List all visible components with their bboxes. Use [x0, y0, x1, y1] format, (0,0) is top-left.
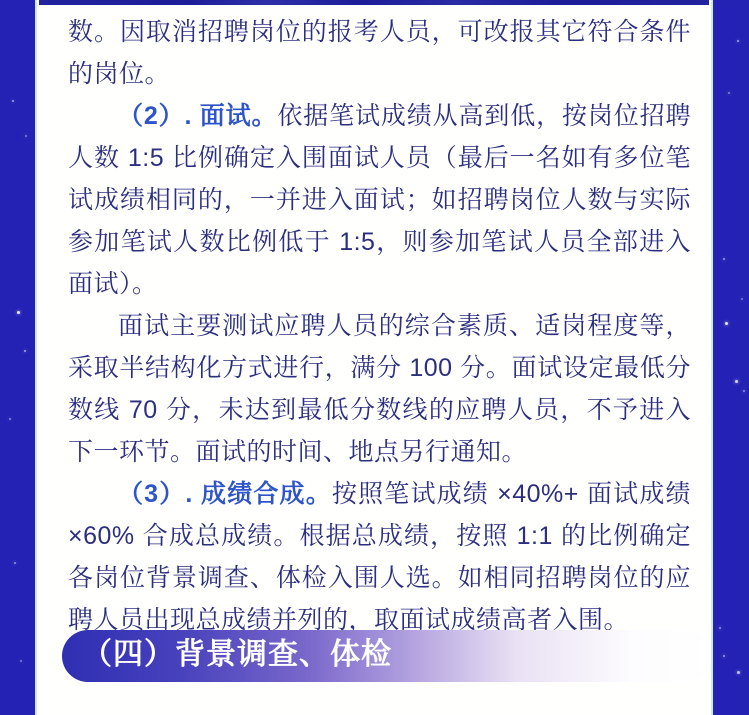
left-border-decoration	[0, 0, 37, 715]
star-dot	[17, 311, 20, 314]
text-run: 依据笔试成绩从高到低，按岗位招聘人数 1:5 比例确定入围面试人员（最后一名如有…	[68, 102, 691, 298]
star-dot	[24, 350, 26, 352]
star-dot	[12, 100, 14, 102]
section-banner-title: （四）背景调查、体检	[82, 640, 392, 672]
paragraph: 面试主要测试应聘人员的综合素质、适岗程度等，采取半结构化方式进行，满分 100 …	[68, 305, 691, 473]
right-border-decoration	[711, 0, 749, 715]
text-run: 面试主要测试应聘人员的综合素质、适岗程度等，采取半结构化方式进行，满分 100 …	[68, 312, 691, 466]
star-dot	[25, 135, 27, 137]
body-text: 数。因取消招聘岗位的报考人员，可改报其它符合条件的岗位。（2）. 面试。依据笔试…	[68, 5, 691, 641]
star-dot	[725, 322, 728, 325]
paragraph: 数。因取消招聘岗位的报考人员，可改报其它符合条件的岗位。	[68, 11, 691, 95]
star-dot	[743, 390, 745, 392]
star-dot	[14, 562, 16, 564]
content-area: 数。因取消招聘岗位的报考人员，可改报其它符合条件的岗位。（2）. 面试。依据笔试…	[39, 0, 709, 715]
heading-run: 成绩合成	[201, 480, 306, 508]
star-dot	[728, 92, 730, 94]
paragraph: （3）. 成绩合成。按照笔试成绩 ×40%+ 面试成绩 ×60% 合成总成绩。根…	[68, 473, 691, 641]
star-dot	[741, 298, 743, 300]
text-run: 数。因取消招聘岗位的报考人员，可改报其它符合条件的岗位。	[68, 18, 691, 88]
paragraph: （2）. 面试。依据笔试成绩从高到低，按岗位招聘人数 1:5 比例确定入围面试人…	[68, 95, 691, 305]
announcement-page: 数。因取消招聘岗位的报考人员，可改报其它符合条件的岗位。（2）. 面试。依据笔试…	[0, 0, 749, 715]
heading-run: 。	[252, 102, 278, 130]
star-dot	[20, 660, 22, 662]
heading-run: （2）.	[118, 102, 200, 130]
cropped-line-remnant	[39, 0, 709, 5]
star-dot	[723, 655, 725, 657]
heading-run: （3）.	[118, 480, 201, 508]
heading-run: 面试	[200, 102, 252, 130]
star-dot	[723, 258, 725, 260]
star-dot	[737, 40, 739, 42]
star-dot	[719, 627, 721, 629]
star-dot	[735, 380, 738, 383]
heading-run: 。	[306, 480, 332, 508]
section-banner: （四）背景调查、体检	[62, 630, 711, 682]
star-dot	[737, 671, 740, 674]
star-dot	[9, 418, 11, 420]
